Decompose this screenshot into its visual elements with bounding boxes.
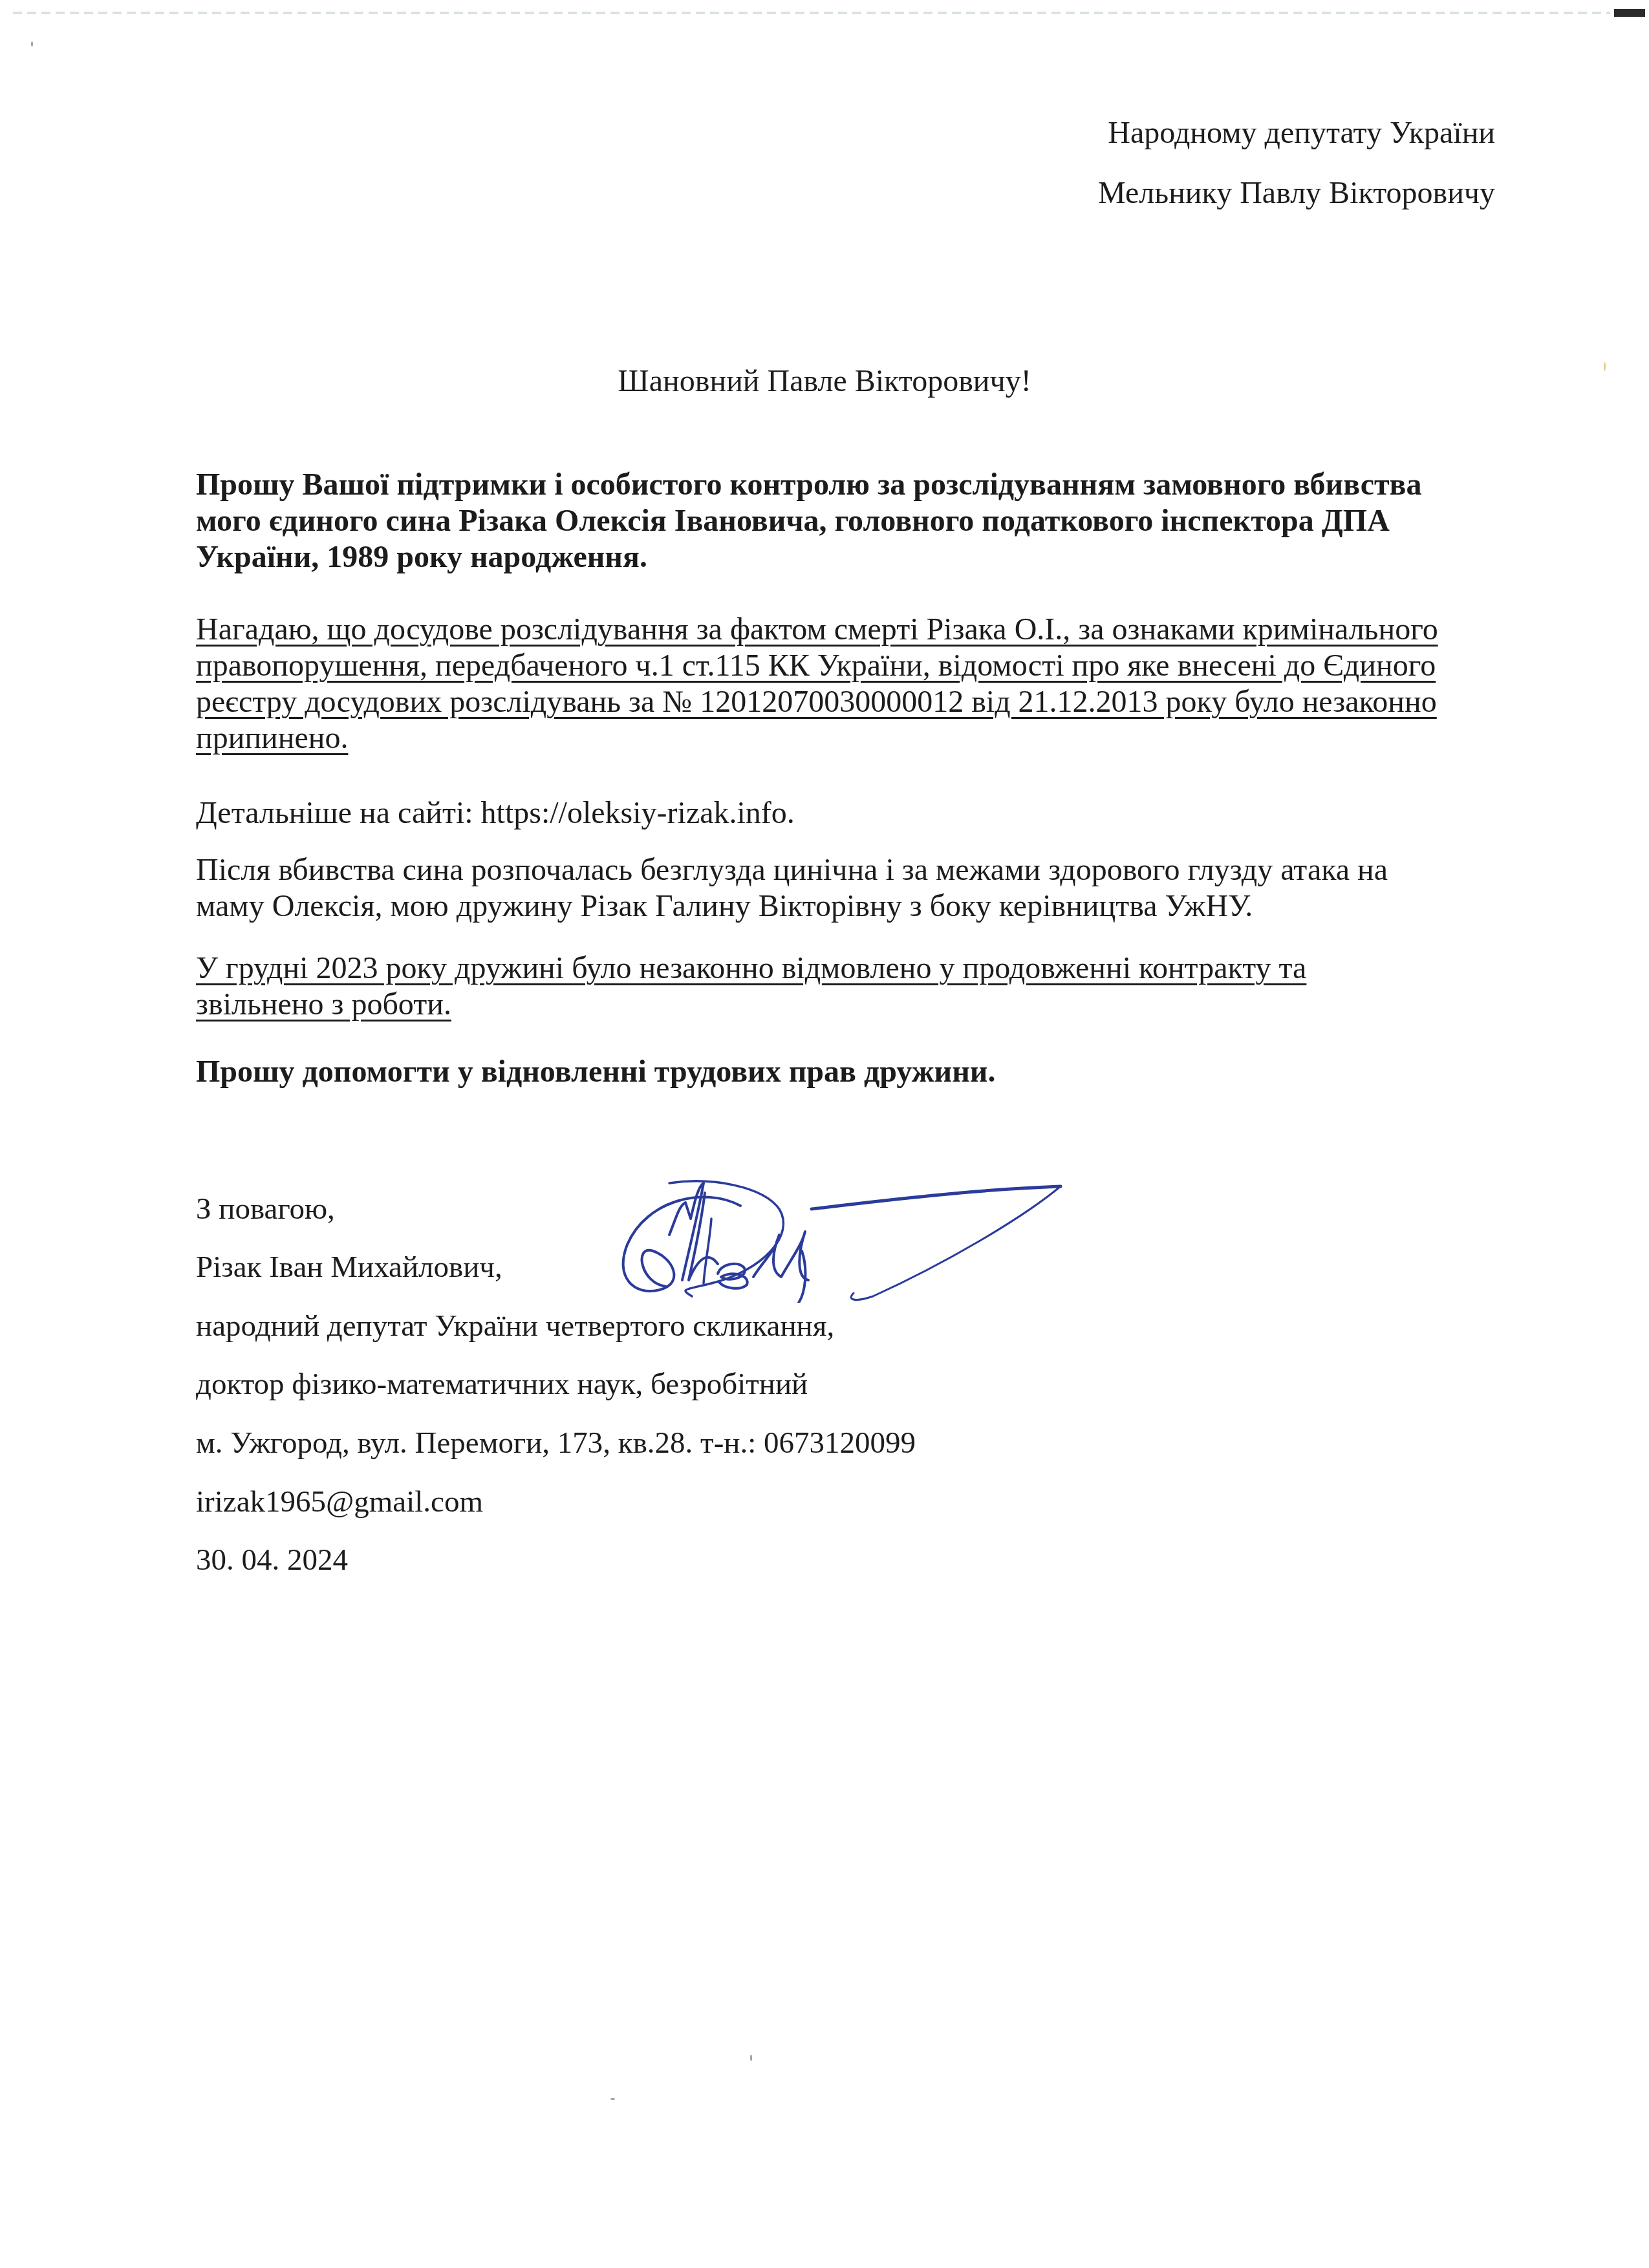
investigation-paragraph: Нагадаю, що досудове розслідування за фа… [196, 612, 1496, 756]
website-line: Детальніше на сайті: https://oleksiy-riz… [196, 795, 1496, 831]
request-line: Прошу Вашої підтримки і особистого контр… [196, 467, 1496, 503]
sender-title: народний депутат України четвертого скли… [196, 1309, 834, 1343]
scan-speck [750, 2055, 752, 2061]
dismissal-paragraph: У грудні 2023 року дружині було незаконн… [196, 950, 1496, 1023]
attack-line: маму Олексія, мою дружину Різак Галину В… [196, 888, 1496, 925]
sender-name: Різак Іван Михайлович, [196, 1250, 502, 1285]
investigation-line: реєстру досудових розслідувань за № 1201… [196, 685, 1437, 719]
request-line: мого єдиного сина Різака Олексія Іванови… [196, 503, 1496, 539]
investigation-line: припинено. [196, 721, 348, 755]
salutation: Шановний Павле Вікторовичу! [0, 366, 1649, 397]
investigation-line: Нагадаю, що досудове розслідування за фа… [196, 612, 1438, 647]
request-paragraph: Прошу Вашої підтримки і особистого контр… [196, 467, 1496, 575]
final-request-paragraph: Прошу допомогти у відновленні трудових п… [196, 1054, 1496, 1090]
dismissal-line: звільнено з роботи. [196, 987, 451, 1022]
scan-speck [610, 2098, 615, 2100]
scan-edge-mark [1614, 9, 1645, 17]
scan-edge-artifact [13, 12, 1610, 14]
website-paragraph: Детальніше на сайті: https://oleksiy-riz… [196, 795, 1496, 831]
attack-paragraph: Після вбивства сина розпочалась безглузд… [196, 852, 1496, 925]
investigation-line: правопорушення, передбаченого ч.1 ст.115… [196, 648, 1436, 683]
sender-address: м. Ужгород, вул. Перемоги, 173, кв.28. т… [196, 1426, 916, 1460]
handwritten-signature-icon [608, 1173, 1086, 1303]
attack-line: Після вбивства сина розпочалась безглузд… [196, 852, 1496, 888]
sender-email: irizak1965@gmail.com [196, 1484, 483, 1519]
final-request-line: Прошу допомогти у відновленні трудових п… [196, 1054, 1496, 1090]
letter-date: 30. 04. 2024 [196, 1543, 348, 1578]
sender-degree: доктор фізико-математичних наук, безробі… [196, 1367, 808, 1402]
closing-regards: З повагою, [196, 1192, 335, 1226]
addressee-line-2: Мельнику Павлу Вікторовичу [1098, 178, 1495, 209]
scan-speck [31, 41, 33, 47]
addressee-line-1: Народному депутату України [1108, 118, 1495, 149]
request-line: України, 1989 року народження. [196, 539, 1496, 575]
dismissal-line: У грудні 2023 року дружині було незаконн… [196, 951, 1306, 985]
